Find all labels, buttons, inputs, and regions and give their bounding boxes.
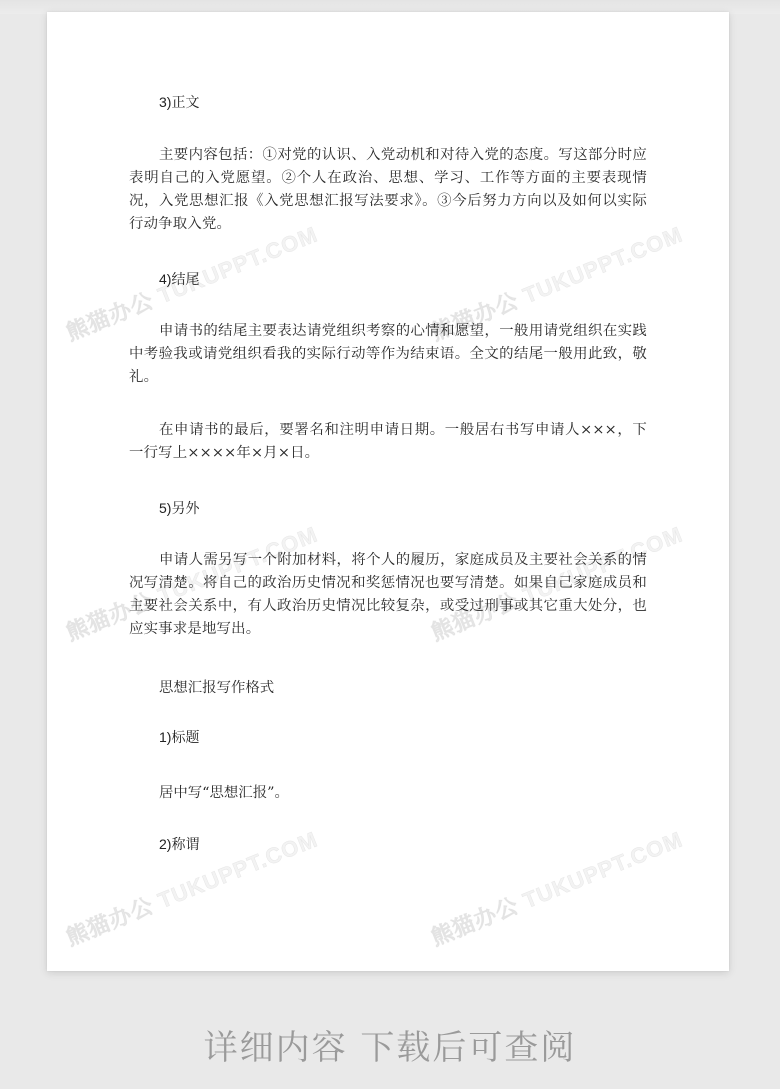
section-heading-additional: 5)另外 [159,498,199,518]
watermark: 熊猫办公 TUKUPPT.COM [426,823,687,953]
paragraph-signature: 在申请书的最后，要署名和注明申请日期。一般居右书写申请人×××，下一行写上×××… [129,419,647,465]
section-heading-salutation: 2)称谓 [159,834,199,854]
download-caption: 详细内容 下载后可查阅 [0,1020,780,1069]
section-heading-title: 1)标题 [159,727,199,747]
paragraph-title-center: 居中写“思想汇报”。 [159,781,289,802]
paragraph-additional: 申请人需另写一个附加材料，将个人的履历，家庭成员及主要社会关系的情况写清楚。将自… [129,549,647,641]
paragraph-main-content: 主要内容包括：①对党的认识、入党动机和对待入党的态度。写这部分时应表明自己的入党… [129,144,647,236]
section-title-report-format: 思想汇报写作格式 [159,676,274,697]
section-heading-ending: 4)结尾 [159,269,199,289]
section-heading-main-body: 3)正文 [159,92,199,112]
document-page: 熊猫办公 TUKUPPT.COM 熊猫办公 TUKUPPT.COM 熊猫办公 T… [47,12,729,971]
paragraph-ending: 申请书的结尾主要表达请党组织考察的心情和愿望，一般用请党组织在实践中考验我或请党… [129,320,647,389]
